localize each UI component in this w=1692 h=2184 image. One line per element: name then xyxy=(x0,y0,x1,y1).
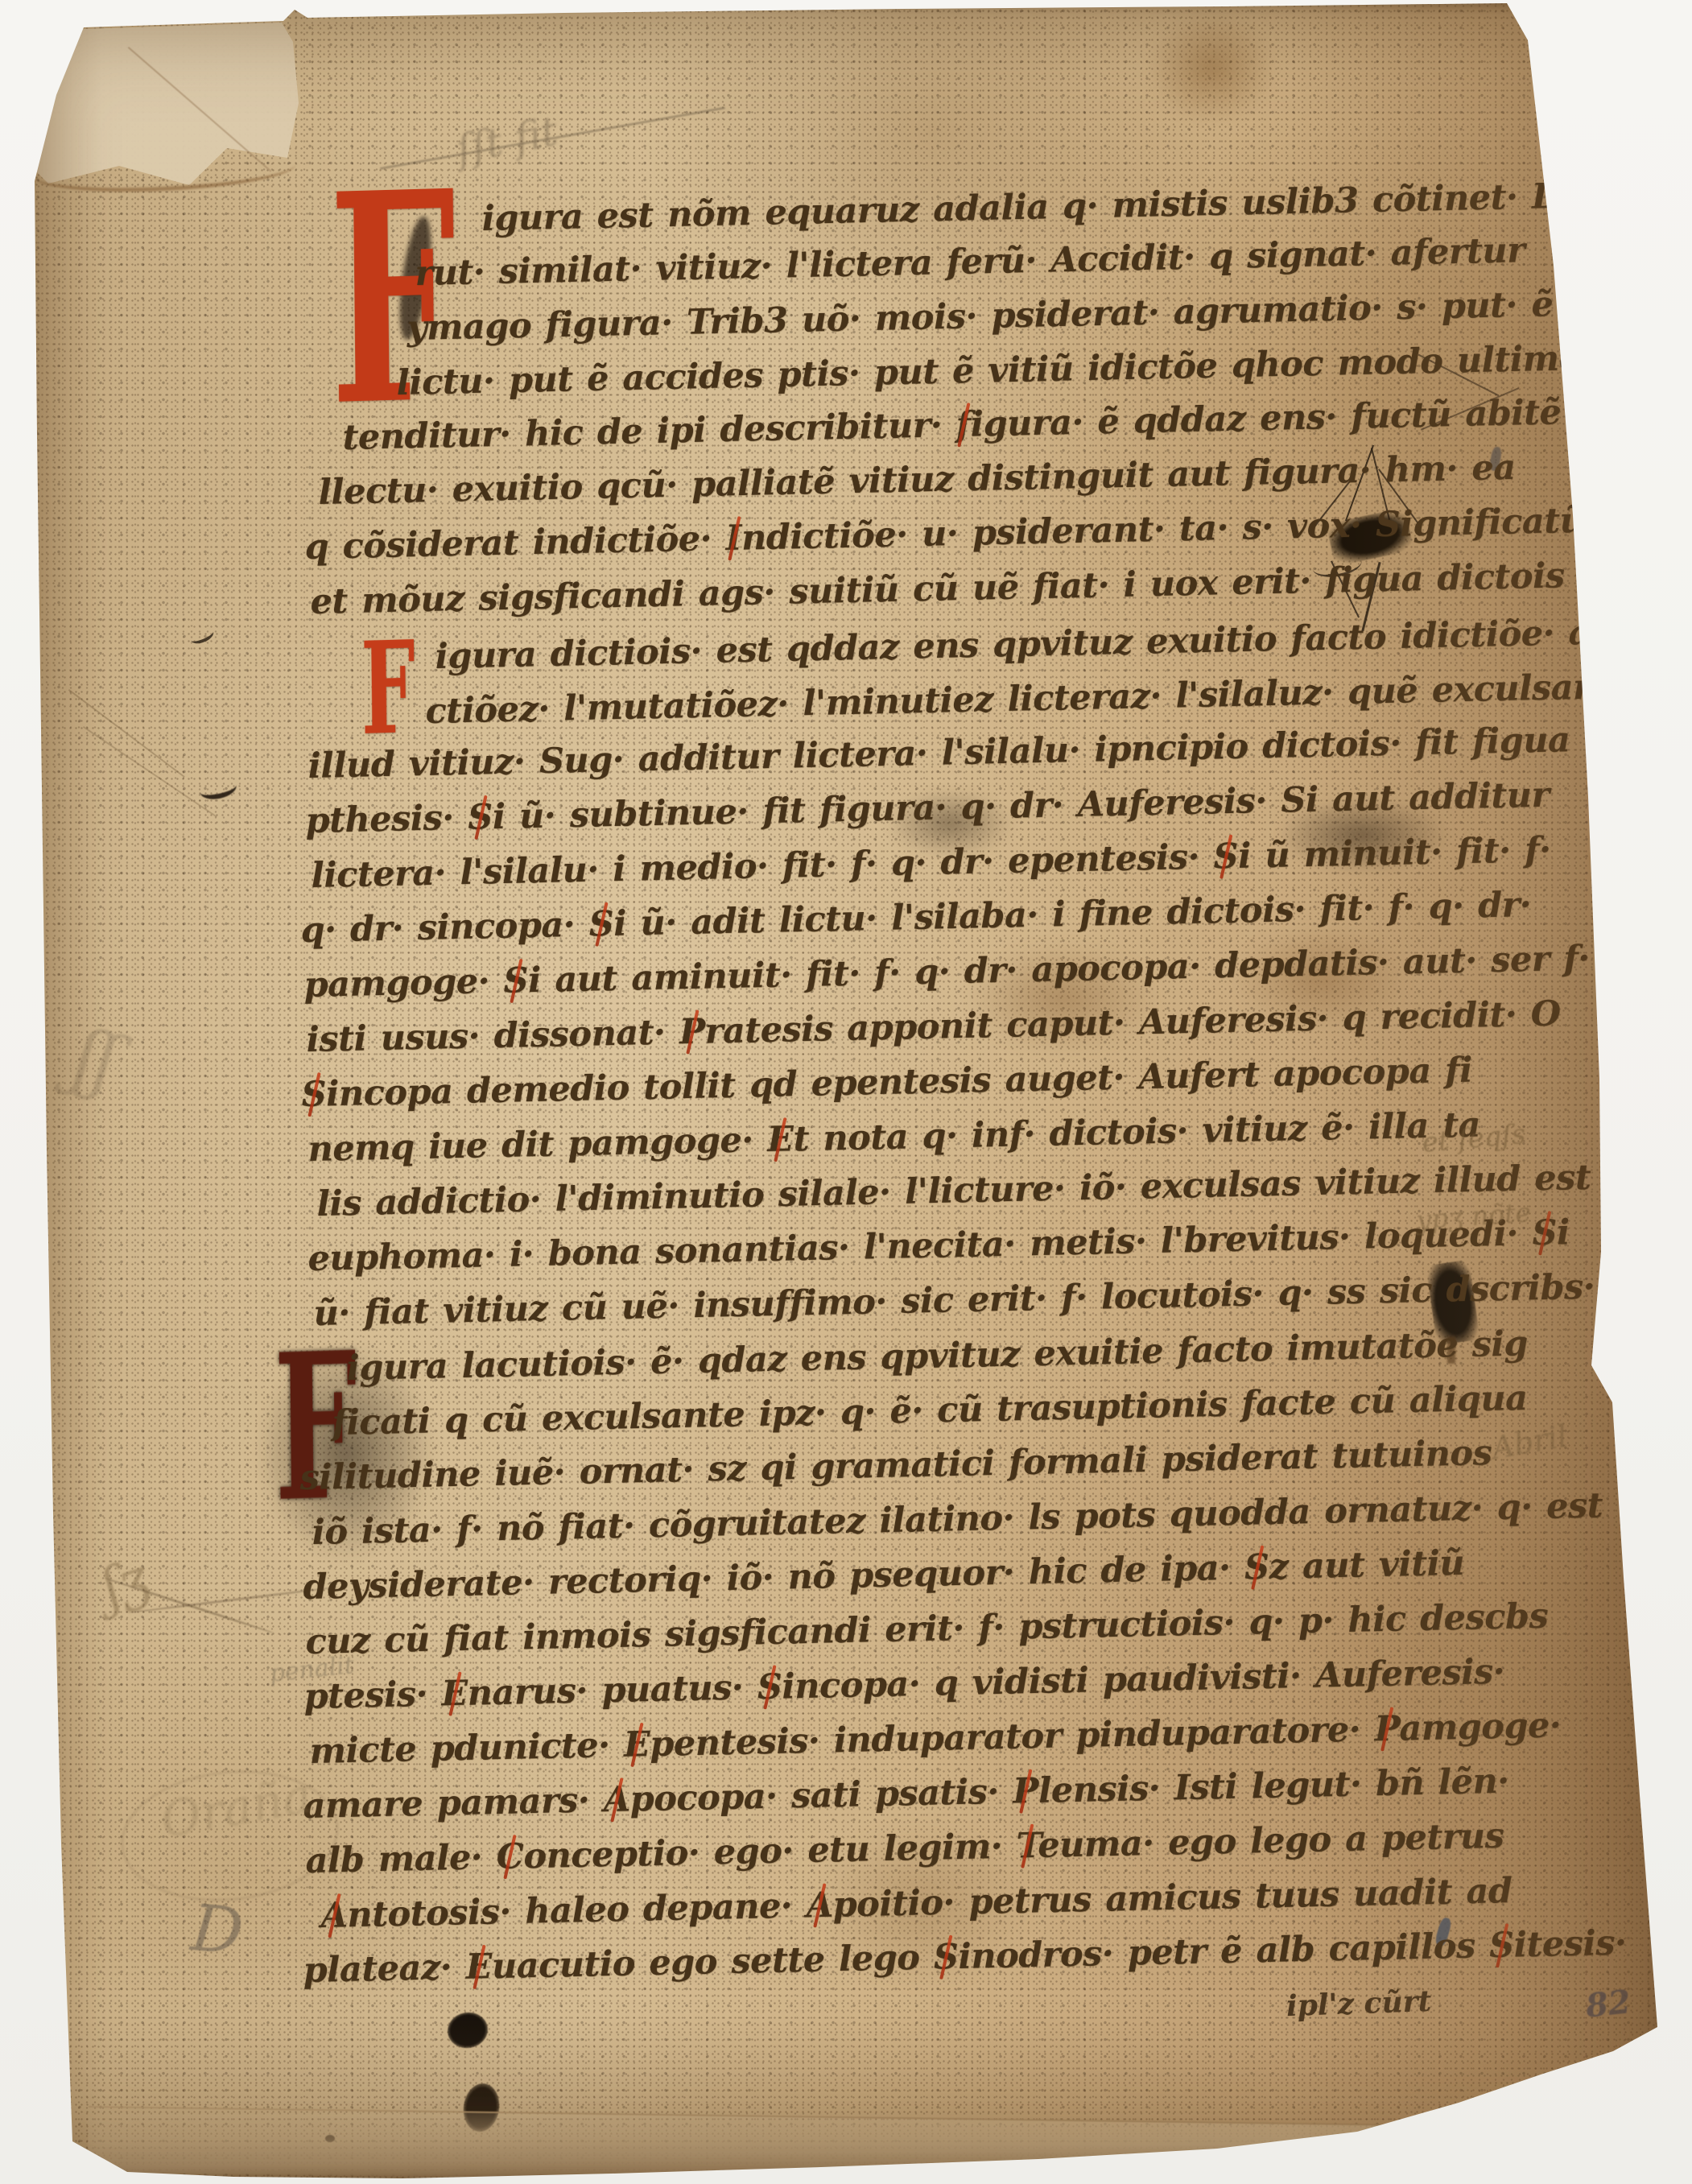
text-line-10: ctiõez· l'mutatiõez· l'minutiez licteraz… xyxy=(425,667,1636,732)
left-margin-curl: ʃʃ xyxy=(66,1013,126,1106)
text-line-18: nemq iue dit pamgoge· Et nota q· inf· di… xyxy=(307,1104,1481,1169)
right-margin-note-2: ypʒ nõte xyxy=(1415,1196,1532,1236)
text-line-27: cuz cũ fiat inmois sigsficandi erit· f· … xyxy=(305,1596,1549,1662)
text-line-3: ymago figura· Trib3 uõ· mois· psiderat· … xyxy=(406,284,1554,349)
pen-trial-hook-1 xyxy=(188,625,216,646)
right-margin-note-3: Abril xyxy=(1489,1418,1570,1467)
bottom-fold-strip xyxy=(88,2106,1409,2184)
ink-spot-1 xyxy=(445,2009,491,2051)
text-line-24: silitudine iuẽ· ornat· sz qi gramatici f… xyxy=(299,1433,1492,1498)
top-edge-stain xyxy=(1147,12,1276,125)
text-line-22: igura lacutiois· ẽ· qdaz ens qpvituz exu… xyxy=(346,1323,1528,1389)
folio-number: 82 xyxy=(1584,1983,1632,2025)
blue-ink-dash xyxy=(1434,1917,1452,1947)
margin-scratch-2 xyxy=(83,726,217,817)
left-margin-pencil-D: D xyxy=(188,1890,246,1969)
scan-backdrop: FFF igura est nõm equaruz adalia q· mist… xyxy=(0,0,1692,2184)
initial-F-2: F xyxy=(361,642,415,736)
text-line-19: lis addictio· l'diminutio silale· l'lict… xyxy=(316,1158,1591,1224)
text-line-23: ficati q cũ exculsante ipz· q· ẽ· cũ tra… xyxy=(332,1378,1528,1443)
text-line-29: micte pdunicte· Epentesis· induparator p… xyxy=(309,1705,1562,1772)
left-margin-pencil-word: penalit xyxy=(268,1651,356,1688)
soot-smudge-right-1 xyxy=(1276,797,1449,873)
left-margin-flourish: ʃʒ xyxy=(95,1546,156,1619)
text-line-17: Sincopa demedio tollit qd epentesis auge… xyxy=(301,1051,1472,1115)
bottom-right-stain xyxy=(813,1819,1030,1988)
spider-ink-blot xyxy=(1312,366,1497,632)
right-margin-note-1: et ſeqſs xyxy=(1421,1118,1527,1159)
text-line-28: ptesis· Enarus· puatus· Sincopa· q vidis… xyxy=(303,1652,1505,1717)
text-line-1: igura est nõm equaruz adalia q· mistis u… xyxy=(481,175,1642,239)
text-line-20: euphoma· i· bona sonantias· l'necita· me… xyxy=(307,1212,1570,1279)
pen-trial-hook-2 xyxy=(198,775,238,802)
right-margin-ink-blob xyxy=(1431,1262,1488,1367)
top-left-tear-edge xyxy=(33,145,297,195)
soot-smudge-center xyxy=(885,789,1014,857)
oval-inscription-ring xyxy=(114,1760,345,1911)
margin-scratch-1 xyxy=(68,689,185,778)
text-line-26: deysiderate· rectoriq· iõ· nõ psequor· h… xyxy=(303,1543,1465,1608)
initial-1-damage-streak xyxy=(394,215,436,342)
text-line-25: iõ ista· f· nõ fiat· cõgruitatez ilatino… xyxy=(312,1485,1603,1553)
brown-smear-mid xyxy=(966,942,1159,1055)
catchword: ipl'z cũrt xyxy=(1286,1984,1432,2023)
initial-F-1: F xyxy=(328,195,457,406)
text-line-21: ũ· fiat vitiuz cũ uẽ· insuffimo· sic eri… xyxy=(313,1267,1595,1334)
bottomleft-flourish-line-2 xyxy=(127,1586,339,1614)
pencil-strike-top xyxy=(380,106,725,169)
text-line-30: amare pamars· Apocopa· sati psatis· Plen… xyxy=(303,1761,1509,1827)
brown-smear-right xyxy=(1232,926,1409,1030)
soot-over-initial-3 xyxy=(259,1346,432,1559)
text-line-2: rut· similat· vitiuz· l'lictera ferũ· Ac… xyxy=(415,230,1525,294)
manuscript-page: FFF igura est nõm equaruz adalia q· mist… xyxy=(0,0,1692,2184)
text-line-11: illud vitiuz· Sug· additur lictera· l'si… xyxy=(307,720,1570,786)
